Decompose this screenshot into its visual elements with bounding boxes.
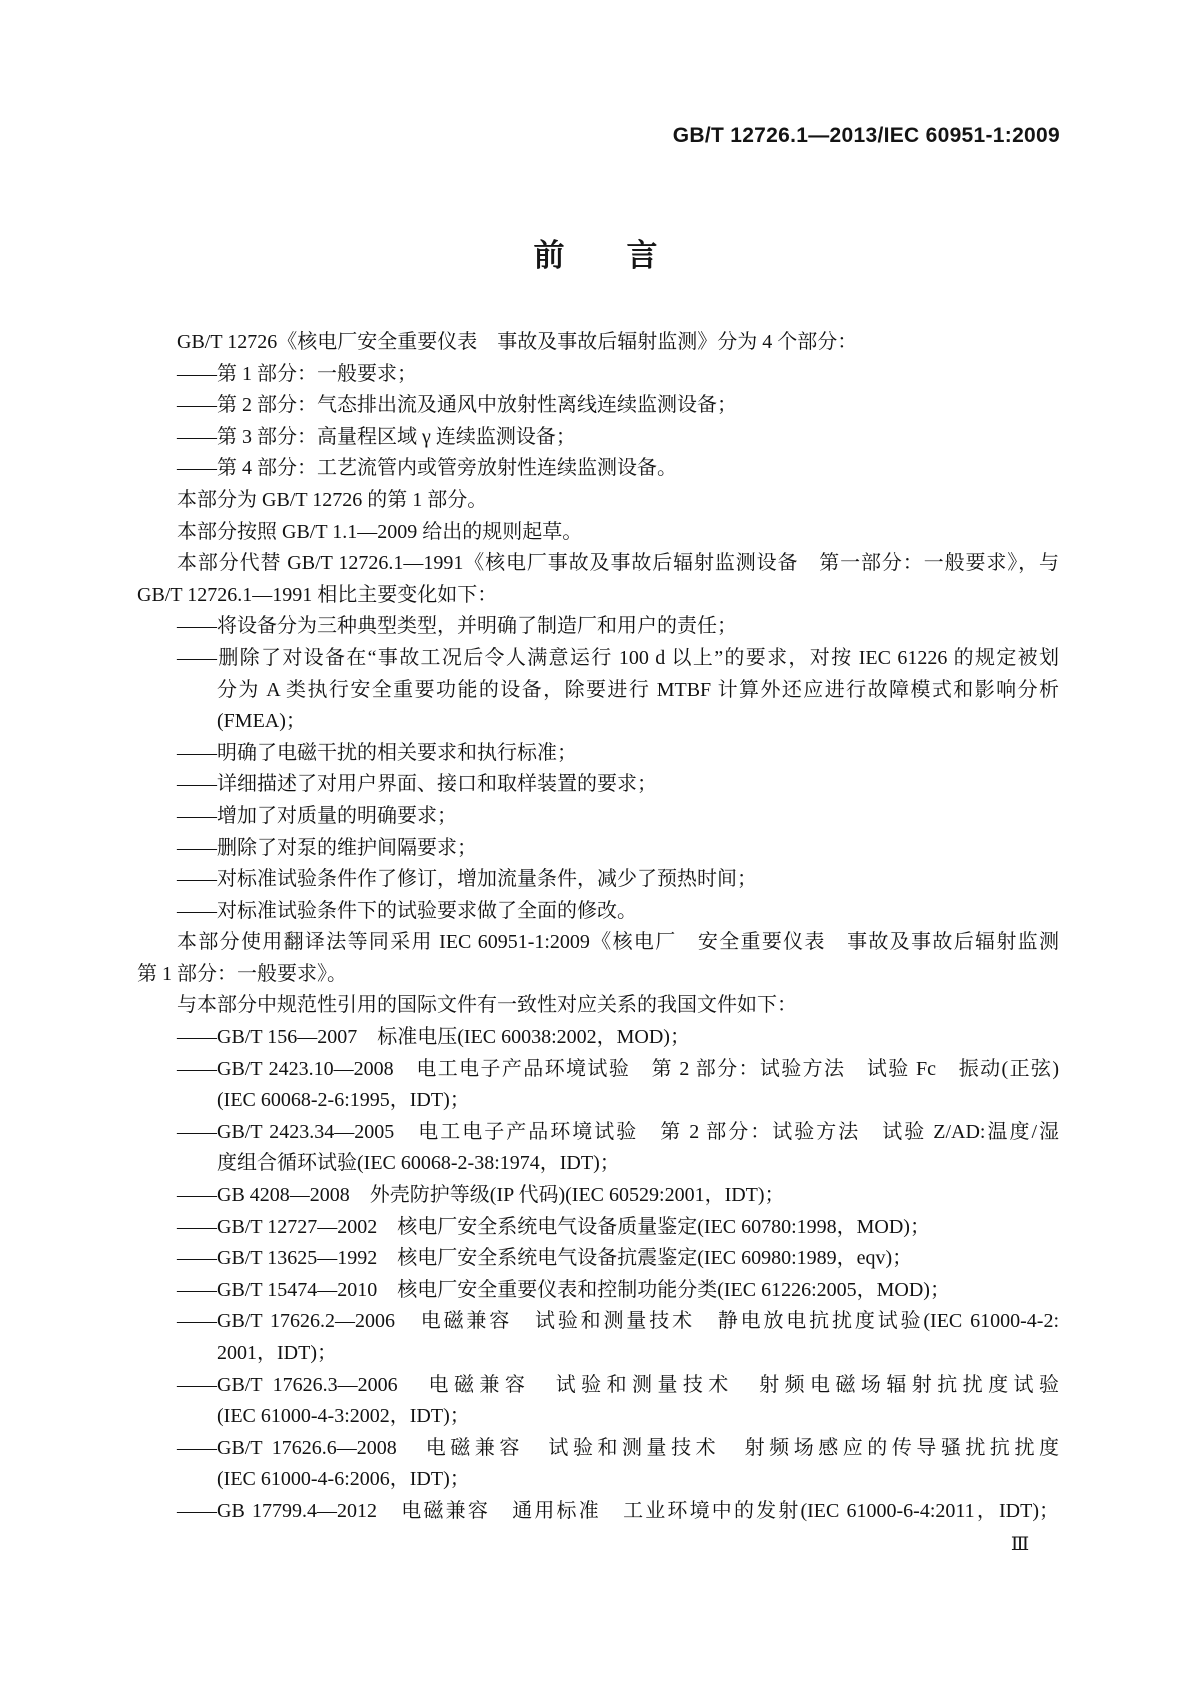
body-line: ——GB/T 12727—2002 核电厂安全系统电气设备质量鉴定(IEC 60…: [137, 1212, 1059, 1244]
body-line: 与本部分中规范性引用的国际文件有一致性对应关系的我国文件如下：: [137, 990, 1059, 1022]
body-line: ——删除了对泵的维护间隔要求；: [137, 833, 1059, 865]
body-line: ——删除了对设备在“事故工况后令人满意运行 100 d 以上”的要求，对按 IE…: [137, 643, 1059, 675]
body-line: ——GB 4208—2008 外壳防护等级(IP 代码)(IEC 60529:2…: [137, 1180, 1059, 1212]
standard-number-header: GB/T 12726.1—2013/IEC 60951-1:2009: [673, 124, 1060, 148]
body-line: GB/T 12726.1—1991 相比主要变化如下：: [137, 580, 1059, 612]
body-line: ——GB/T 17626.6—2008 电磁兼容 试验和测量技术 射频场感应的传…: [137, 1433, 1059, 1465]
body-line: ——第 3 部分：高量程区域 γ 连续监测设备；: [137, 422, 1059, 454]
body-line: 度组合循环试验(IEC 60068-2-38:1974，IDT)；: [137, 1148, 1059, 1180]
page-number: Ⅲ: [990, 1533, 1050, 1556]
body-line: 本部分为 GB/T 12726 的第 1 部分。: [137, 485, 1059, 517]
body-line: (IEC 61000-4-3:2002，IDT)；: [137, 1401, 1059, 1433]
body-line: ——GB/T 156—2007 标准电压(IEC 60038:2002，MOD)…: [137, 1022, 1059, 1054]
body-line: ——GB/T 2423.34—2005 电工电子产品环境试验 第 2 部分：试验…: [137, 1117, 1059, 1149]
body-line: ——GB 17799.4—2012 电磁兼容 通用标准 工业环境中的发射(IEC…: [137, 1496, 1059, 1528]
body-line: 分为 A 类执行安全重要功能的设备，除要进行 MTBF 计算外还应进行故障模式和…: [137, 675, 1059, 707]
body-line: (FMEA)；: [137, 706, 1059, 738]
body-line: ——GB/T 17626.3—2006 电磁兼容 试验和测量技术 射频电磁场辐射…: [137, 1370, 1059, 1402]
body-line: ——对标准试验条件下的试验要求做了全面的修改。: [137, 896, 1059, 928]
body-line: ——GB/T 2423.10—2008 电工电子产品环境试验 第 2 部分：试验…: [137, 1054, 1059, 1086]
document-page: GB/T 12726.1—2013/IEC 60951-1:2009 前 言 G…: [0, 0, 1191, 1684]
body-line: 本部分使用翻译法等同采用 IEC 60951-1:2009《核电厂 安全重要仪表…: [137, 927, 1059, 959]
body-line: (IEC 61000-4-6:2006，IDT)；: [137, 1464, 1059, 1496]
body-line: ——将设备分为三种典型类型，并明确了制造厂和用户的责任；: [137, 611, 1059, 643]
page-title: 前 言: [0, 230, 1191, 275]
body-line: ——第 2 部分：气态排出流及通风中放射性离线连续监测设备；: [137, 390, 1059, 422]
body-line: ——详细描述了对用户界面、接口和取样装置的要求；: [137, 769, 1059, 801]
body-line: 本部分按照 GB/T 1.1—2009 给出的规则起草。: [137, 517, 1059, 549]
body-line: ——第 4 部分：工艺流管内或管旁放射性连续监测设备。: [137, 453, 1059, 485]
body-line: ——GB/T 15474—2010 核电厂安全重要仪表和控制功能分类(IEC 6…: [137, 1275, 1059, 1307]
body-line: ——对标准试验条件作了修订，增加流量条件，减少了预热时间；: [137, 864, 1059, 896]
body-line: ——增加了对质量的明确要求；: [137, 801, 1059, 833]
body-line: ——GB/T 13625—1992 核电厂安全系统电气设备抗震鉴定(IEC 60…: [137, 1243, 1059, 1275]
body-line: ——明确了电磁干扰的相关要求和执行标准；: [137, 738, 1059, 770]
body-line: GB/T 12726《核电厂安全重要仪表 事故及事故后辐射监测》分为 4 个部分…: [137, 327, 1059, 359]
body-line: 2001，IDT)；: [137, 1338, 1059, 1370]
body-line: 第 1 部分：一般要求》。: [137, 959, 1059, 991]
body-line: ——第 1 部分：一般要求；: [137, 359, 1059, 391]
foreword-body: GB/T 12726《核电厂安全重要仪表 事故及事故后辐射监测》分为 4 个部分…: [137, 327, 1059, 1528]
body-line: ——GB/T 17626.2—2006 电磁兼容 试验和测量技术 静电放电抗扰度…: [137, 1306, 1059, 1338]
body-line: 本部分代替 GB/T 12726.1—1991《核电厂事故及事故后辐射监测设备 …: [137, 548, 1059, 580]
body-line: (IEC 60068-2-6:1995，IDT)；: [137, 1085, 1059, 1117]
